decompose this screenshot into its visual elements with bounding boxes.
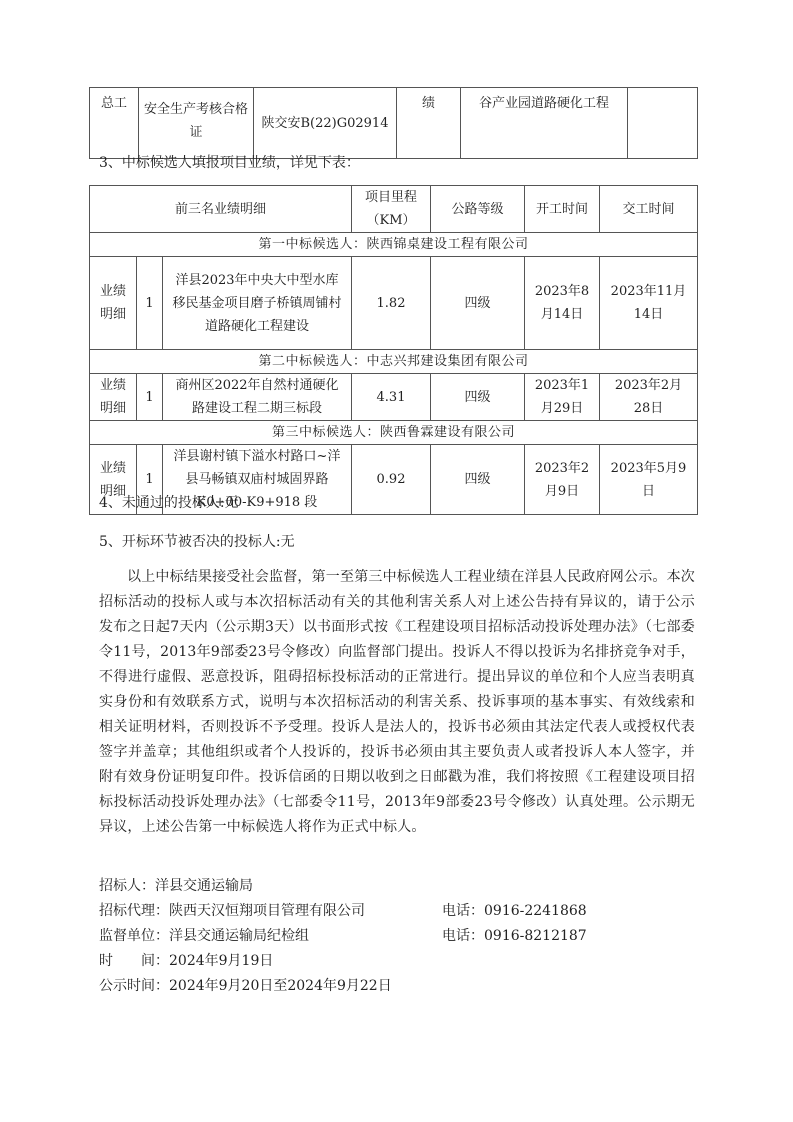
candidate-2-title: 第二中标候选人：中志兴邦建设集团有限公司 <box>90 350 698 374</box>
table-header-row: 前三名业绩明细 项目里程 （KM） 公路等级 开工时间 交工时间 <box>90 186 698 233</box>
agent-line: 招标代理：陕西天汉恒翔项目管理有限公司 电话：0916-2241868 <box>99 901 365 921</box>
publicity-line: 公示时间：2024年9月20日至2024年9月22日 <box>99 976 392 996</box>
candidate-title-row: 第二中标候选人：中志兴邦建设集团有限公司 <box>90 350 698 374</box>
start-date: 2023年1月29日 <box>525 374 600 421</box>
header-grade: 公路等级 <box>431 186 525 233</box>
section-3-heading: 3、中标候选人填报项目业绩，详见下表： <box>99 153 360 173</box>
mileage: 0.92 <box>352 445 431 515</box>
finish-date: 2023年5月9日 <box>600 445 698 515</box>
date-line: 时 间：2024年9月19日 <box>99 951 273 971</box>
performance-label-cell: 绩 <box>397 88 461 159</box>
header-finish: 交工时间 <box>600 186 698 233</box>
candidate-3-title: 第三中标候选人：陕西鲁霖建设有限公司 <box>90 421 698 445</box>
tenderer-line: 招标人：洋县交通运输局 <box>99 876 253 896</box>
personnel-table-fragment: 总工 安全生产考核合格证 陕交安B(22)G02914 绩 谷产业园道路硬化工程 <box>89 87 698 159</box>
candidate-title-row: 第一中标候选人：陕西锦桌建设工程有限公司 <box>90 233 698 257</box>
supervisor-line: 监督单位：洋县交通运输局纪检组 电话：0916-8212187 <box>99 926 309 946</box>
mileage: 1.82 <box>352 257 431 350</box>
mileage: 4.31 <box>352 374 431 421</box>
supervisor-phone: 电话：0916-8212187 <box>442 926 587 946</box>
table-row: 业绩明细 1 洋县2023年中央大中型水库移民基金项目磨子桥镇周铺村道路硬化工程… <box>90 257 698 350</box>
section-5-text: 5、开标环节被否决的投标人:无 <box>99 532 295 552</box>
certificate-type-cell: 安全生产考核合格证 <box>139 88 254 159</box>
agent-phone: 电话：0916-2241868 <box>442 901 587 921</box>
issue-date: 时 间：2024年9月19日 <box>99 953 273 969</box>
tenderer: 招标人：洋县交通运输局 <box>99 878 253 894</box>
header-start: 开工时间 <box>525 186 600 233</box>
project-name-cell: 谷产业园道路硬化工程 <box>461 88 628 159</box>
header-mileage-line2: （KM） <box>352 209 430 232</box>
section-4-text: 4、未通过的投标人:无 <box>99 493 239 513</box>
start-date: 2023年8月14日 <box>525 257 600 350</box>
project-name: 洋县2023年中央大中型水库移民基金项目磨子桥镇周铺村道路硬化工程建设 <box>163 257 352 350</box>
finish-date: 2023年11月14日 <box>600 257 698 350</box>
supervisor: 监督单位：洋县交通运输局纪检组 <box>99 928 309 944</box>
header-detail: 前三名业绩明细 <box>90 186 352 233</box>
start-date: 2023年2月9日 <box>525 445 600 515</box>
publicity-period: 公示时间：2024年9月20日至2024年9月22日 <box>99 978 392 994</box>
agent: 招标代理：陕西天汉恒翔项目管理有限公司 <box>99 903 365 919</box>
candidate-title-row: 第三中标候选人：陕西鲁霖建设有限公司 <box>90 421 698 445</box>
candidate-1-title: 第一中标候选人：陕西锦桌建设工程有限公司 <box>90 233 698 257</box>
road-grade: 四级 <box>431 374 525 421</box>
certificate-number-cell: 陕交安B(22)G02914 <box>254 88 397 159</box>
row-label: 业绩明细 <box>90 374 137 421</box>
road-grade: 四级 <box>431 445 525 515</box>
row-label: 业绩明细 <box>90 257 137 350</box>
finish-date: 2023年2月28日 <box>600 374 698 421</box>
performance-table: 前三名业绩明细 项目里程 （KM） 公路等级 开工时间 交工时间 第一中标候选人… <box>89 185 698 515</box>
project-name: 商州区2022年自然村通硬化路建设工程二期三标段 <box>163 374 352 421</box>
notice-paragraph: 以上中标结果接受社会监督，第一至第三中标候选人工程业绩在洋县人民政府网公示。本次… <box>99 565 695 840</box>
empty-cell <box>628 88 698 159</box>
road-grade: 四级 <box>431 257 525 350</box>
row-number: 1 <box>137 374 163 421</box>
position-cell: 总工 <box>90 88 139 159</box>
table-row: 业绩明细 1 商州区2022年自然村通硬化路建设工程二期三标段 4.31 四级 … <box>90 374 698 421</box>
header-mileage-line1: 项目里程 <box>352 186 430 209</box>
header-mileage: 项目里程 （KM） <box>352 186 431 233</box>
table-row: 总工 安全生产考核合格证 陕交安B(22)G02914 绩 谷产业园道路硬化工程 <box>90 88 698 159</box>
document-page: 总工 安全生产考核合格证 陕交安B(22)G02914 绩 谷产业园道路硬化工程… <box>0 0 793 1122</box>
row-number: 1 <box>137 257 163 350</box>
